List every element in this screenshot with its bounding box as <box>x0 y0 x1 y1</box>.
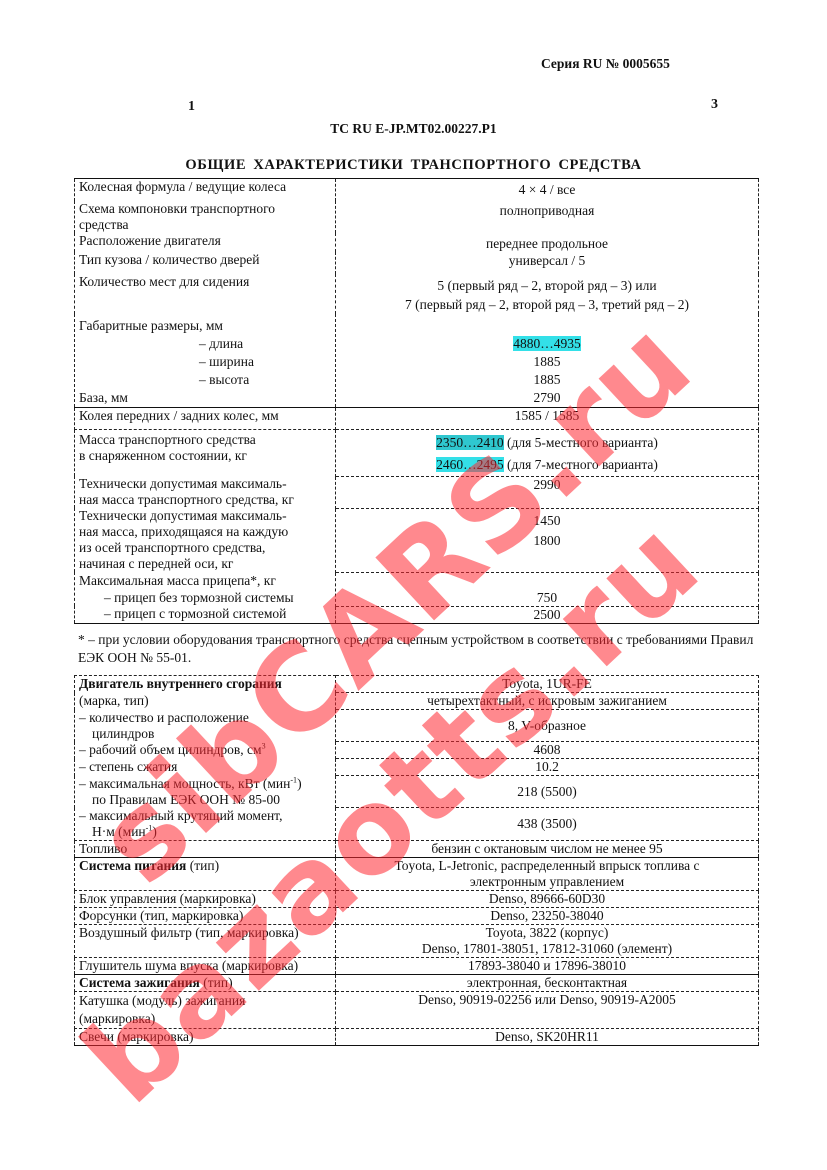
row-label: Глушитель шума впуска (маркировка) <box>75 957 336 974</box>
row-value: 438 (3500) <box>336 808 759 841</box>
row-label: – максимальный крутящий момент,Н·м (мин-… <box>75 808 336 841</box>
row-label: Катушка (модуль) зажигания(маркировка) <box>75 991 336 1028</box>
row-value: 10.2 <box>336 759 759 776</box>
table-row: Колея передних / задних колес, мм 1585 /… <box>75 407 759 429</box>
row-label: – количество и расположениецилиндров <box>75 710 336 742</box>
highlighted-mass-7: 2460…2495 <box>436 457 504 472</box>
row-value: 218 (5500) <box>336 776 759 808</box>
table-row: (марка, тип) четырехтактный, с искровым … <box>75 693 759 710</box>
row-value: Denso, 89666-60D30 <box>336 890 759 907</box>
row-label: (марка, тип) <box>75 693 336 710</box>
row-label: Технически допустимая максималь-ная масс… <box>75 508 336 572</box>
table-row: Габаритные размеры, мм – длина – ширина … <box>75 314 759 408</box>
table-row: – степень сжатия 10.2 <box>75 759 759 776</box>
table-row: Двигатель внутреннего сгорания Toyota, 1… <box>75 676 759 693</box>
table-row: Колесная формула / ведущие колеса 4 × 4 … <box>75 179 759 201</box>
table-row: Катушка (модуль) зажигания(маркировка) D… <box>75 991 759 1028</box>
table-row: Схема компоновки транспортногосредства п… <box>75 201 759 233</box>
table-row: – рабочий объем цилиндров, см3 4608 <box>75 742 759 759</box>
document-number: ТС RU E-JP.MT02.00227.P1 <box>0 121 827 137</box>
row-value: Toyota, L-Jetronic, распределенный впрыс… <box>336 857 759 890</box>
row-value: универсал / 5 <box>336 252 759 274</box>
table-row: Система питания (тип) Toyota, L-Jetronic… <box>75 857 759 890</box>
row-label: Свечи (маркировка) <box>75 1028 336 1045</box>
series-number: Серия RU № 0005655 <box>541 56 670 72</box>
row-value: 750 <box>336 572 759 606</box>
table-row: Тип кузова / количество дверей универсал… <box>75 252 759 274</box>
row-value: переднее продольное <box>336 233 759 252</box>
row-value: бензин с октановым числом не менее 95 <box>336 840 759 857</box>
row-label: Схема компоновки транспортногосредства <box>75 201 336 233</box>
page-title: ОБЩИЕ ХАРАКТЕРИСТИКИ ТРАНСПОРТНОГО СРЕДС… <box>0 157 827 174</box>
general-characteristics-table: Колесная формула / ведущие колеса 4 × 4 … <box>74 178 759 624</box>
table-row: Максимальная масса прицепа*, кг– прицеп … <box>75 572 759 606</box>
row-value: 8, V-образное <box>336 710 759 742</box>
table-row: – максимальная мощность, кВт (мин-1)по П… <box>75 776 759 808</box>
row-label: – степень сжатия <box>75 759 336 776</box>
row-value: Denso, 90919-02256 или Denso, 90919-A200… <box>336 991 759 1028</box>
row-value: полноприводная <box>336 201 759 233</box>
row-value: четырехтактный, с искровым зажиганием <box>336 693 759 710</box>
row-value: 4608 <box>336 742 759 759</box>
row-label: Габаритные размеры, мм – длина – ширина … <box>75 314 336 408</box>
row-label: Расположение двигателя <box>75 233 336 252</box>
row-label: Система питания (тип) <box>75 857 336 890</box>
table-row: Технически допустимая максималь-ная масс… <box>75 508 759 572</box>
table-row: – количество и расположениецилиндров 8, … <box>75 710 759 742</box>
row-value: 5 (первый ряд – 2, второй ряд – 3) или7 … <box>336 274 759 314</box>
row-label: Блок управления (маркировка) <box>75 890 336 907</box>
table-row: – максимальный крутящий момент,Н·м (мин-… <box>75 808 759 841</box>
row-value: 1585 / 1585 <box>336 407 759 429</box>
footnote: * – при условии оборудования транспортно… <box>78 631 768 667</box>
row-value: 2350…2410 (для 5-местного варианта) 2460… <box>336 429 759 476</box>
row-value: Toyota, 1UR-FE <box>336 676 759 693</box>
row-label: – прицеп с тормозной системой <box>75 606 336 623</box>
row-label: Форсунки (тип, маркировка) <box>75 907 336 924</box>
row-label: Технически допустимая максималь-ная масс… <box>75 476 336 508</box>
page-marker-left: 1 <box>188 99 195 115</box>
row-value: электронная, бесконтактная <box>336 974 759 991</box>
highlighted-length: 4880…4935 <box>513 336 581 351</box>
row-value: 4880…4935 1885 1885 2790 <box>336 314 759 408</box>
row-label: Воздушный фильтр (тип, маркировка) <box>75 924 336 957</box>
row-label: Система зажигания (тип) <box>75 974 336 991</box>
row-label: Колея передних / задних колес, мм <box>75 407 336 429</box>
table-row: Блок управления (маркировка) Denso, 8966… <box>75 890 759 907</box>
row-value: 2990 <box>336 476 759 508</box>
row-label: – максимальная мощность, кВт (мин-1)по П… <box>75 776 336 808</box>
row-label: Колесная формула / ведущие колеса <box>75 179 336 201</box>
row-value: 17893-38040 и 17896-38010 <box>336 957 759 974</box>
row-value: Denso, SK20HR11 <box>336 1028 759 1045</box>
table-row: Форсунки (тип, маркировка) Denso, 23250-… <box>75 907 759 924</box>
row-value: Denso, 23250-38040 <box>336 907 759 924</box>
table-row: Воздушный фильтр (тип, маркировка) Toyot… <box>75 924 759 957</box>
page-marker-right: 3 <box>711 97 718 113</box>
highlighted-mass-5: 2350…2410 <box>436 435 504 450</box>
table-row: – прицеп с тормозной системой 2500 <box>75 606 759 623</box>
row-label: Тип кузова / количество дверей <box>75 252 336 274</box>
row-label: Максимальная масса прицепа*, кг– прицеп … <box>75 572 336 606</box>
row-value: Toyota, 3822 (корпус)Denso, 17801-38051,… <box>336 924 759 957</box>
table-row: Технически допустимая максималь-ная масс… <box>75 476 759 508</box>
table-row: Масса транспортного средствав снаряженно… <box>75 429 759 476</box>
table-row: Расположение двигателя переднее продольн… <box>75 233 759 252</box>
row-value: 4 × 4 / все <box>336 179 759 201</box>
row-label: – рабочий объем цилиндров, см3 <box>75 742 336 759</box>
row-value: 14501800 <box>336 508 759 572</box>
row-label: Двигатель внутреннего сгорания <box>75 676 336 693</box>
table-row: Количество мест для сидения 5 (первый ря… <box>75 274 759 314</box>
row-label: Количество мест для сидения <box>75 274 336 314</box>
engine-table: Двигатель внутреннего сгорания Toyota, 1… <box>74 675 759 1046</box>
row-label: Топливо <box>75 840 336 857</box>
row-value: 2500 <box>336 606 759 623</box>
table-row: Свечи (маркировка) Denso, SK20HR11 <box>75 1028 759 1045</box>
table-row: Топливо бензин с октановым числом не мен… <box>75 840 759 857</box>
table-row: Глушитель шума впуска (маркировка) 17893… <box>75 957 759 974</box>
row-label: Масса транспортного средствав снаряженно… <box>75 429 336 476</box>
table-row: Система зажигания (тип) электронная, бес… <box>75 974 759 991</box>
